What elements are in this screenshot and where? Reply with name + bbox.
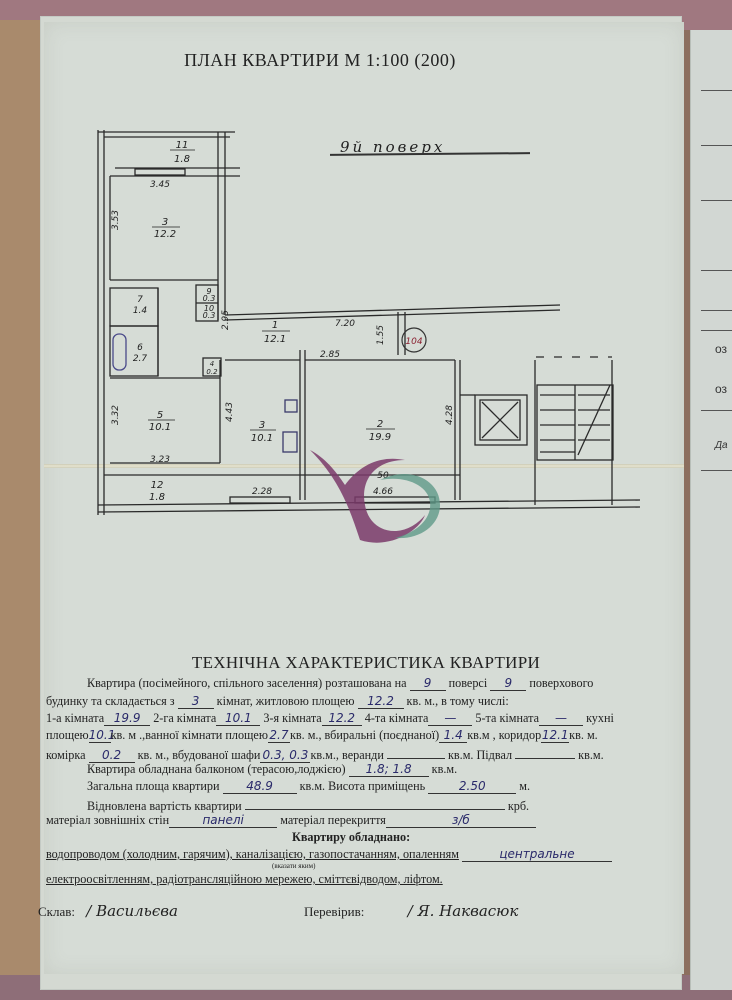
tech-section-title: ТЕХНІЧНА ХАРАКТЕРИСТИКА КВАРТИРИ [0, 653, 732, 673]
svg-text:11: 11 [176, 140, 189, 151]
svg-text:4.28: 4.28 [445, 405, 455, 425]
wardrobe-field: 0.3, 0.3 [260, 748, 310, 763]
tech-line-5: комірка 0.2 кв. м., вбудованої шафи0.3, … [46, 745, 604, 763]
svg-text:12.1: 12.1 [264, 334, 286, 345]
tech-line-6: Квартира обладнана балконом (терасою,лод… [87, 762, 457, 777]
tech-line-3: 1-а кімната19.9 2-га кімната10.1 3-я кім… [46, 711, 614, 726]
svg-text:6: 6 [137, 343, 143, 353]
ceiling-field: з/б [386, 813, 536, 828]
room2-field: 10.1 [216, 711, 260, 726]
tech-line-4: площею10.1кв. м .,ванної кімнати площею2… [46, 728, 598, 743]
svg-text:1.4: 1.4 [133, 306, 148, 316]
svg-text:7: 7 [137, 295, 143, 305]
tech-line-8: Відновлена вартість квартири крб. [87, 796, 529, 814]
bathroom-field: 2.7 [268, 728, 290, 743]
svg-text:2: 2 [377, 419, 383, 430]
svg-text:2.95: 2.95 [221, 310, 231, 330]
tech-line-2: будинку та складається з 3 кімнат, житло… [46, 694, 509, 709]
rooms-count-field: 3 [178, 694, 214, 709]
tech-line-9: матеріал зовнішніх стінпанелі матеріал п… [46, 813, 536, 828]
toilet-field: 1.4 [439, 728, 467, 743]
equipped-title: Квартиру обладнано: [292, 830, 410, 845]
floors-total-field: 9 [490, 676, 526, 691]
svg-text:4.43: 4.43 [225, 402, 235, 422]
heating-field: центральне [462, 847, 612, 862]
heating-note: (вказати яким) [272, 862, 315, 870]
compiled-by: Склав: / Васильєва [38, 902, 178, 920]
svg-text:3.23: 3.23 [150, 455, 170, 465]
svg-text:2.85: 2.85 [320, 350, 340, 360]
svg-text:2.28: 2.28 [252, 487, 272, 497]
svg-text:12.2: 12.2 [154, 229, 176, 240]
svg-text:3.32: 3.32 [111, 405, 121, 425]
compiled-signature: / Васильєва [86, 902, 178, 920]
svg-text:3: 3 [162, 217, 168, 228]
svg-text:1.8: 1.8 [149, 492, 165, 503]
floor-field: 9 [410, 676, 446, 691]
tech-line-11: водопроводом (холодним, гарячим), каналі… [46, 847, 612, 862]
svg-text:1.8: 1.8 [174, 154, 190, 165]
svg-text:2.7: 2.7 [133, 354, 148, 364]
svg-text:7.20: 7.20 [335, 319, 355, 329]
watermark-logo [300, 440, 460, 550]
height-field: 2.50 [428, 779, 516, 794]
svg-text:3.53: 3.53 [111, 210, 121, 230]
storage-field: 0.2 [89, 748, 135, 763]
checked-by: Перевірив: / Я. Наквасюк [304, 902, 518, 920]
svg-text:0.2: 0.2 [206, 368, 218, 376]
room5-field: — [539, 711, 583, 726]
room1-field: 19.9 [104, 711, 150, 726]
basement-field [515, 745, 575, 759]
svg-text:4: 4 [210, 360, 214, 368]
compiled-label: Склав: [38, 904, 75, 919]
total-area-field: 48.9 [223, 779, 297, 794]
room4-field: — [428, 711, 472, 726]
checked-label: Перевірив: [304, 904, 364, 919]
svg-text:0.3: 0.3 [203, 294, 216, 303]
checked-signature: / Я. Наквасюк [408, 902, 519, 920]
svg-text:0.3: 0.3 [203, 311, 216, 320]
svg-text:1.55: 1.55 [376, 325, 386, 345]
cost-field [245, 796, 505, 810]
apartment-number: 104 [405, 337, 422, 347]
svg-text:10.1: 10.1 [251, 433, 273, 444]
svg-text:3: 3 [259, 420, 265, 431]
svg-text:12: 12 [151, 480, 164, 491]
living-area-field: 12.2 [358, 694, 404, 709]
tech-line-12: електроосвітленням, радіотрансляційною м… [46, 872, 443, 887]
svg-text:1: 1 [272, 320, 278, 331]
balcony-field: 1.8; 1.8 [349, 762, 429, 777]
veranda-field [387, 745, 445, 759]
svg-text:3.45: 3.45 [150, 180, 170, 190]
tech-line-1: Квартира (посімейного, спільного заселен… [87, 676, 593, 691]
room3-field: 12.2 [322, 711, 362, 726]
tech-line-7: Загальна площа квартири 48.9 кв.м. Висот… [87, 779, 530, 794]
walls-field: панелі [169, 813, 277, 828]
corridor-field: 12.1 [541, 728, 569, 743]
svg-text:5: 5 [157, 410, 163, 421]
kitchen-field: 10.1 [89, 728, 111, 743]
svg-text:10.1: 10.1 [149, 422, 171, 433]
